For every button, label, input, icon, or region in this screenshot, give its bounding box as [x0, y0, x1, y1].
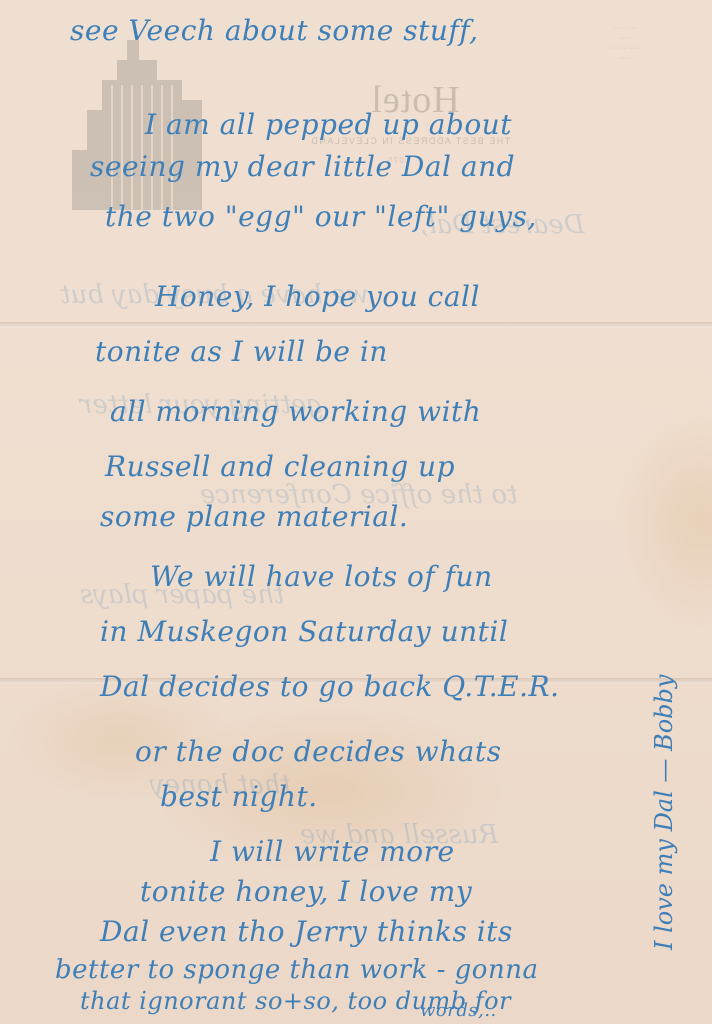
letter-line: in Muskegon Saturday until: [100, 615, 508, 648]
letter-line: We will have lots of fun: [150, 560, 493, 593]
letter-line: Russell and cleaning up: [105, 450, 455, 483]
margin-note: I love my Dal — Bobby: [650, 675, 678, 950]
letter-line: the two "egg" our "left" guys,: [105, 200, 537, 233]
letter-line: tonite honey, I love my: [140, 875, 472, 908]
letter-line: best night.: [160, 780, 318, 813]
letter-line: see Veech about some stuff,: [70, 14, 479, 47]
fold-crease: [0, 322, 712, 328]
letterhead-corner-text: ·· · ····· ····· ····· · ····· ·····: [560, 24, 690, 64]
letter-line: I will write more: [210, 835, 455, 868]
letter-line: words,..: [420, 1000, 497, 1021]
letter-line: Dal decides to go back Q.T.E.R.: [100, 670, 560, 703]
letter-line: I am all pepped up about: [145, 108, 512, 141]
letter-line: some plane material.: [100, 500, 408, 533]
letter-line: seeing my dear little Dal and: [90, 150, 515, 183]
letter-line: better to sponge than work - gonna: [55, 955, 538, 985]
letter-line: Honey, I hope you call: [155, 280, 480, 313]
letter-line: tonite as I will be in: [95, 335, 388, 368]
letter-line: all morning working with: [110, 395, 481, 428]
letter-line: or the doc decides whats: [135, 735, 501, 768]
letter-page: Hotel THE BEST ADDRESS IN CLEVELAND ·· ·…: [0, 0, 712, 1024]
letter-line: Dal even tho Jerry thinks its: [100, 915, 513, 948]
